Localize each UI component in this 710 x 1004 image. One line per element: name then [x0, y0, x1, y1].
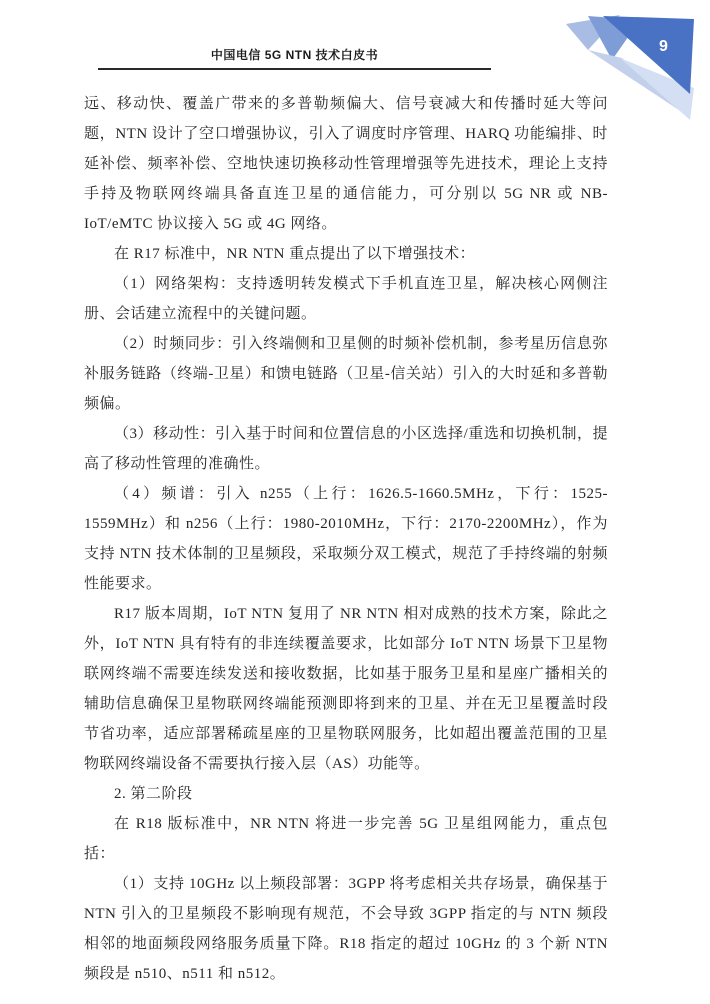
paragraph: （1）网络架构：支持透明转发模式下手机直连卫星，解决核心网侧注册、会话建立流程中… — [84, 269, 608, 329]
paragraph: 远、移动快、覆盖广带来的多普勒频偏大、信号衰减大和传播时延大等问题，NTN 设计… — [84, 89, 608, 239]
paragraph: R17 版本周期，IoT NTN 复用了 NR NTN 相对成熟的技术方案，除此… — [84, 599, 608, 779]
document-page: 中国电信 5G NTN 技术白皮书 9 远、移动快、覆盖广带来的多普勒频偏大、信… — [0, 0, 710, 1004]
paragraph: （4）频谱：引入 n255（上行：1626.5-1660.5MHz，下行：152… — [84, 479, 608, 599]
paragraph: （2）时频同步：引入终端侧和卫星侧的时频补偿机制，参考星历信息弥补服务链路（终端… — [84, 329, 608, 419]
body-text: 远、移动快、覆盖广带来的多普勒频偏大、信号衰减大和传播时延大等问题，NTN 设计… — [84, 89, 608, 989]
header-rule — [98, 68, 491, 70]
header-title: 中国电信 5G NTN 技术白皮书 — [98, 46, 491, 63]
paragraph: （3）移动性：引入基于时间和位置信息的小区选择/重选和切换机制，提高了移动性管理… — [84, 419, 608, 479]
page-number: 9 — [659, 38, 668, 55]
paragraph: 2. 第二阶段 — [84, 779, 608, 809]
paragraph: 在 R17 标准中，NR NTN 重点提出了以下增强技术： — [84, 239, 608, 269]
paragraph: （1）支持 10GHz 以上频段部署：3GPP 将考虑相关共存场景，确保基于 N… — [84, 869, 608, 989]
paragraph: 在 R18 版标准中，NR NTN 将进一步完善 5G 卫星组网能力，重点包括： — [84, 809, 608, 869]
